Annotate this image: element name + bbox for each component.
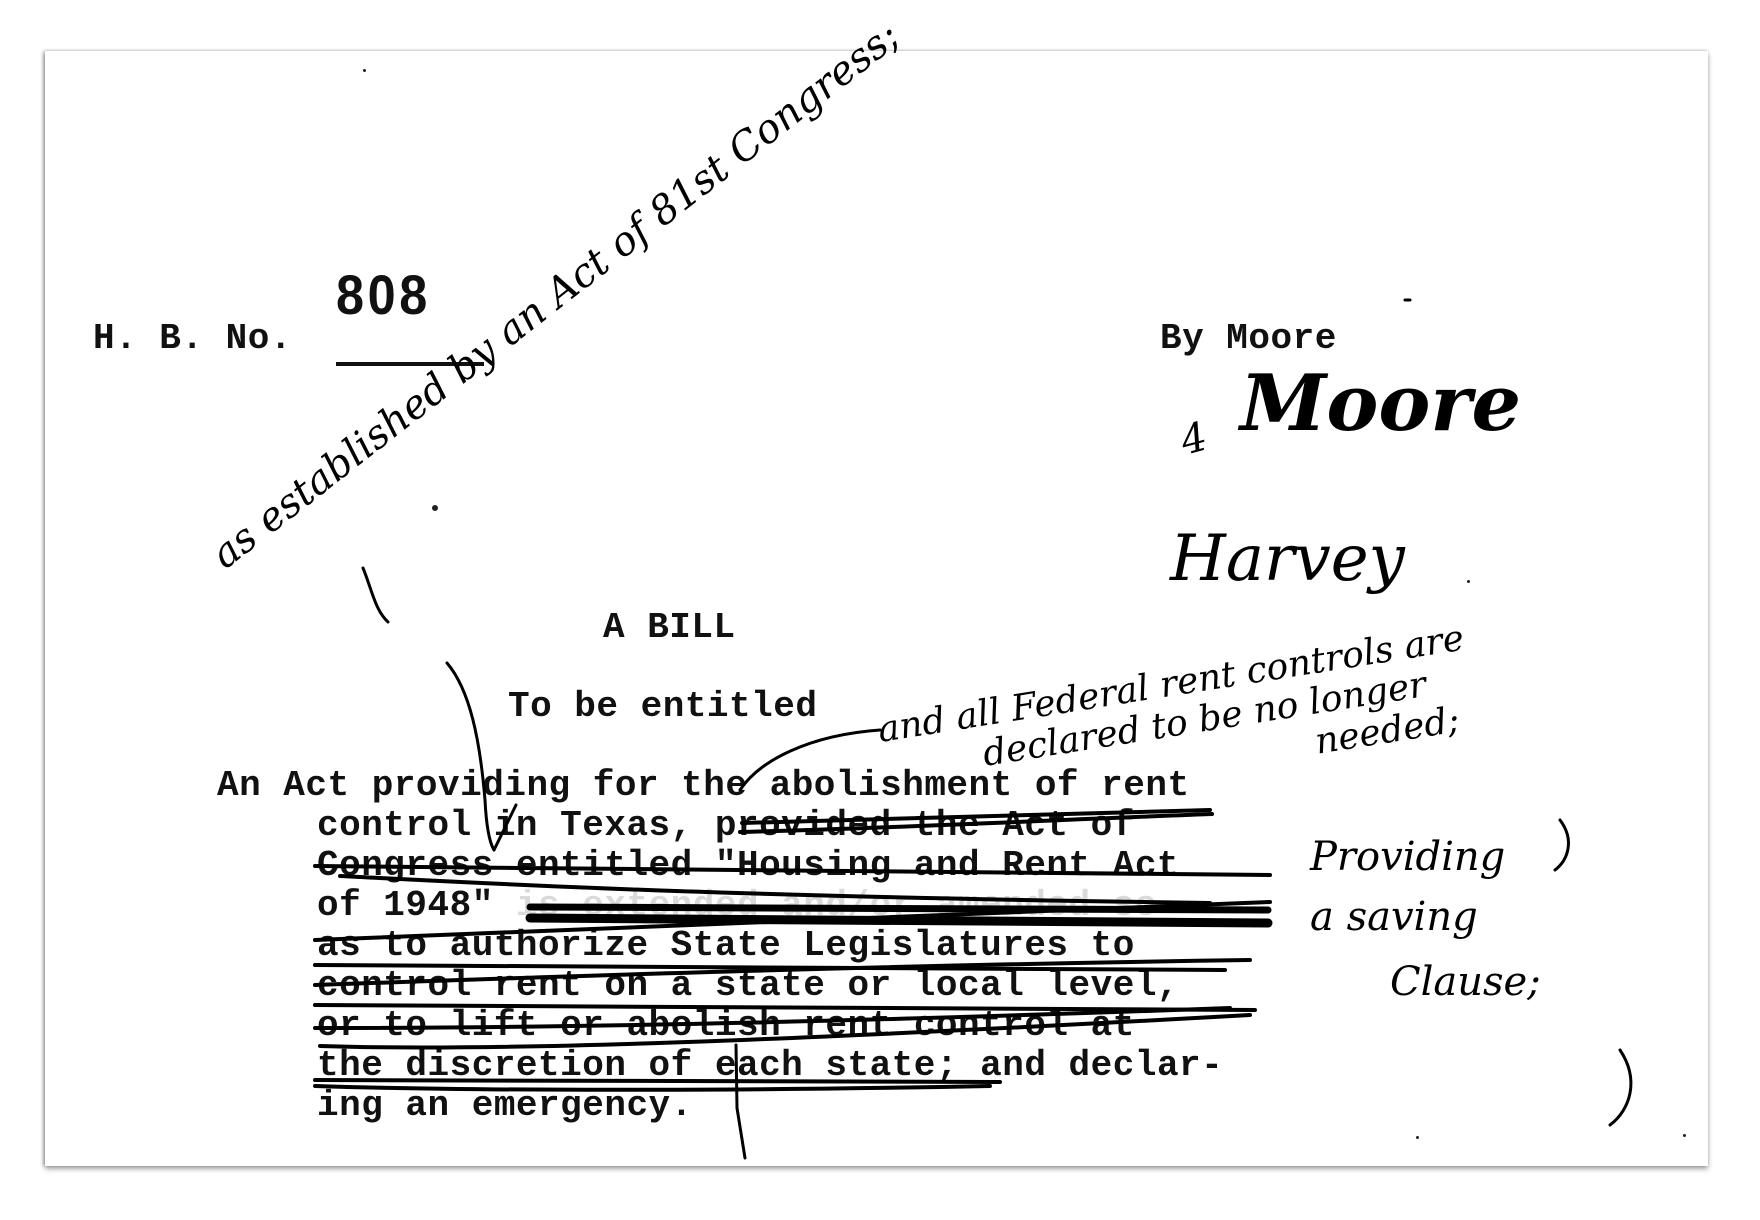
caption-text: of 1948"	[317, 885, 516, 926]
scan-speck	[432, 505, 438, 511]
caption-text: authorize State Legislatures to	[450, 925, 1135, 966]
caption-text: or to lift or	[317, 1005, 626, 1046]
scan-speck	[363, 69, 366, 72]
struck-text: abolish rent	[626, 1005, 913, 1046]
bill-subtitle: To be entitled	[508, 686, 817, 727]
caption-line-6: control rent on a state or local level,	[317, 966, 1179, 1006]
caption-line-4: of 1948" is extended and/or amended so	[317, 886, 1157, 926]
struck-text: as to	[317, 925, 450, 966]
caption-line-5: as to authorize State Legislatures to	[317, 926, 1135, 966]
caption-text: control in Texas,	[317, 805, 715, 846]
caption-line-3: Congress entitled "Housing and Rent Act	[317, 846, 1179, 886]
scan-speck	[1416, 1136, 1419, 1139]
caption-text: An Act providing for the abolishment of …	[217, 765, 1190, 806]
struck-text: is extended and/or amended so	[516, 885, 1157, 926]
caption-line-1: An Act providing for the abolishment of …	[217, 766, 1190, 806]
caption-text: ing an emergency.	[317, 1085, 693, 1126]
caption-text: control at	[914, 1005, 1135, 1046]
caption-text: rent on a state or local level,	[494, 965, 1179, 1006]
bill-number-underline	[336, 362, 484, 366]
author-line: By Moore	[1160, 318, 1337, 359]
bill-number: 808	[336, 262, 431, 327]
caption-text: and declar-	[958, 1045, 1223, 1086]
scan-speck	[1467, 580, 1470, 583]
bill-number-label: H. B. No.	[93, 318, 292, 359]
bill-title: A BILL	[603, 607, 736, 648]
struck-text: the discretion of each state;	[317, 1045, 958, 1086]
struck-text: control	[317, 965, 494, 1006]
struck-text: Congress entitled "Housing and Rent Act	[317, 845, 1179, 886]
caption-line-9: ing an emergency.	[317, 1086, 693, 1126]
struck-text: provided the Act of	[715, 805, 1135, 846]
caption-line-2: control in Texas, provided the Act of	[317, 806, 1135, 846]
caption-line-8: the discretion of each state; and declar…	[317, 1046, 1223, 1086]
scan-speck	[1683, 1134, 1686, 1137]
caption-line-7: or to lift or abolish rent control at	[317, 1006, 1135, 1046]
